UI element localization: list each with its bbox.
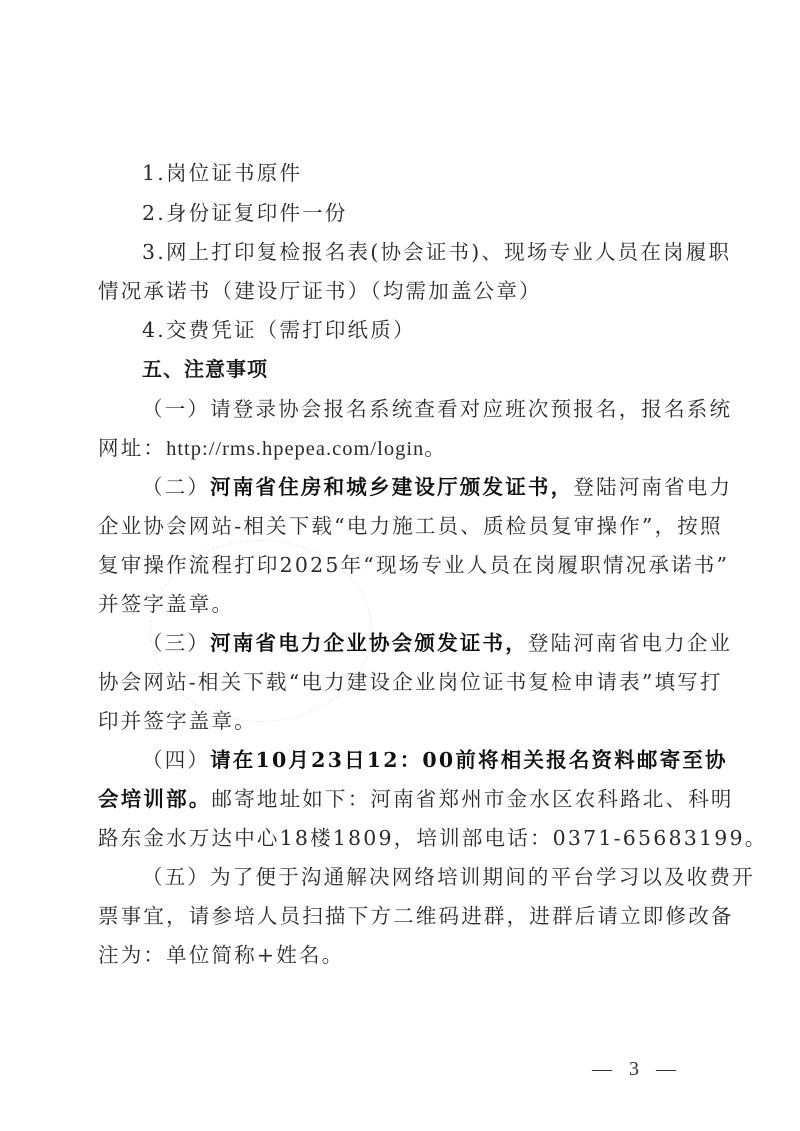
document-page: 1.岗位证书原件 2.身份证复印件一份 3.网上打印复检报名表(协会证书)、现场… <box>0 0 800 1131</box>
note-3-number: （三） <box>142 631 210 655</box>
note-3-line-2: 协会网站-相关下载“电力建设企业岗位证书复检申请表”填写打 <box>98 670 704 694</box>
note-3-bold: 河南省电力企业协会颁发证书， <box>210 631 528 655</box>
material-item-1: 1.岗位证书原件 <box>142 161 748 185</box>
note-2-text: 登陆河南省电力 <box>573 475 732 499</box>
note-2-number: （二） <box>142 475 210 499</box>
note-4-bold-dept: 会培训部。 <box>98 787 212 811</box>
note-2-line-1: （二）河南省住房和城乡建设厅颁发证书，登陆河南省电力 <box>142 475 748 499</box>
material-item-3-cont: 情况承诺书（建设厅证书）（均需加盖公章） <box>98 279 704 303</box>
registration-url-link[interactable]: http://rms.hpepea.com/login <box>166 438 424 460</box>
note-1-line-2: 网址：http://rms.hpepea.com/login。 <box>98 436 704 461</box>
note-4-number: （四） <box>142 748 210 772</box>
section-title: 五、注意事项 <box>142 357 748 381</box>
note-2-line-2: 企业协会网站-相关下载“电力施工员、质检员复审操作”，按照 <box>98 514 704 538</box>
note-5-line-3: 注为：单位简称+姓名。 <box>98 943 704 967</box>
note-1-line-1: （一）请登录协会报名系统查看对应班次预报名，报名系统 <box>142 397 748 421</box>
url-label: 网址： <box>98 436 166 460</box>
note-2-bold: 河南省住房和城乡建设厅颁发证书， <box>210 475 573 499</box>
note-4-line-1: （四）请在10月23日12：00前将相关报名资料邮寄至协 <box>142 748 748 772</box>
note-2-line-4: 并签字盖章。 <box>98 592 704 616</box>
note-5-line-1: （五）为了便于沟通解决网络培训期间的平台学习以及收费开 <box>142 865 748 889</box>
note-4-line-3: 路东金水万达中心18楼1809，培训部电话：0371-65683199。 <box>98 826 704 850</box>
note-4-line-2: 会培训部。邮寄地址如下：河南省郑州市金水区农科路北、科明 <box>98 787 704 811</box>
material-item-2: 2.身份证复印件一份 <box>142 201 748 225</box>
note-3-line-3: 印并签字盖章。 <box>98 709 704 733</box>
material-item-4: 4.交费凭证（需打印纸质） <box>142 318 748 342</box>
period: 。 <box>424 436 447 460</box>
note-3-text: 登陆河南省电力企业 <box>528 631 732 655</box>
note-4-address: 邮寄地址如下：河南省郑州市金水区农科路北、科明 <box>212 787 734 811</box>
material-item-3: 3.网上打印复检报名表(协会证书)、现场专业人员在岗履职 <box>142 240 748 264</box>
page-number: — 3 — <box>592 1058 682 1081</box>
note-2-line-3: 复审操作流程打印2025年“现场专业人员在岗履职情况承诺书” <box>98 553 704 577</box>
note-5-line-2: 票事宜，请参培人员扫描下方二维码进群，进群后请立即修改备 <box>98 904 704 928</box>
note-3-line-1: （三）河南省电力企业协会颁发证书，登陆河南省电力企业 <box>142 631 748 655</box>
note-4-bold-deadline: 请在10月23日12：00前将相关报名资料邮寄至协 <box>210 748 728 772</box>
